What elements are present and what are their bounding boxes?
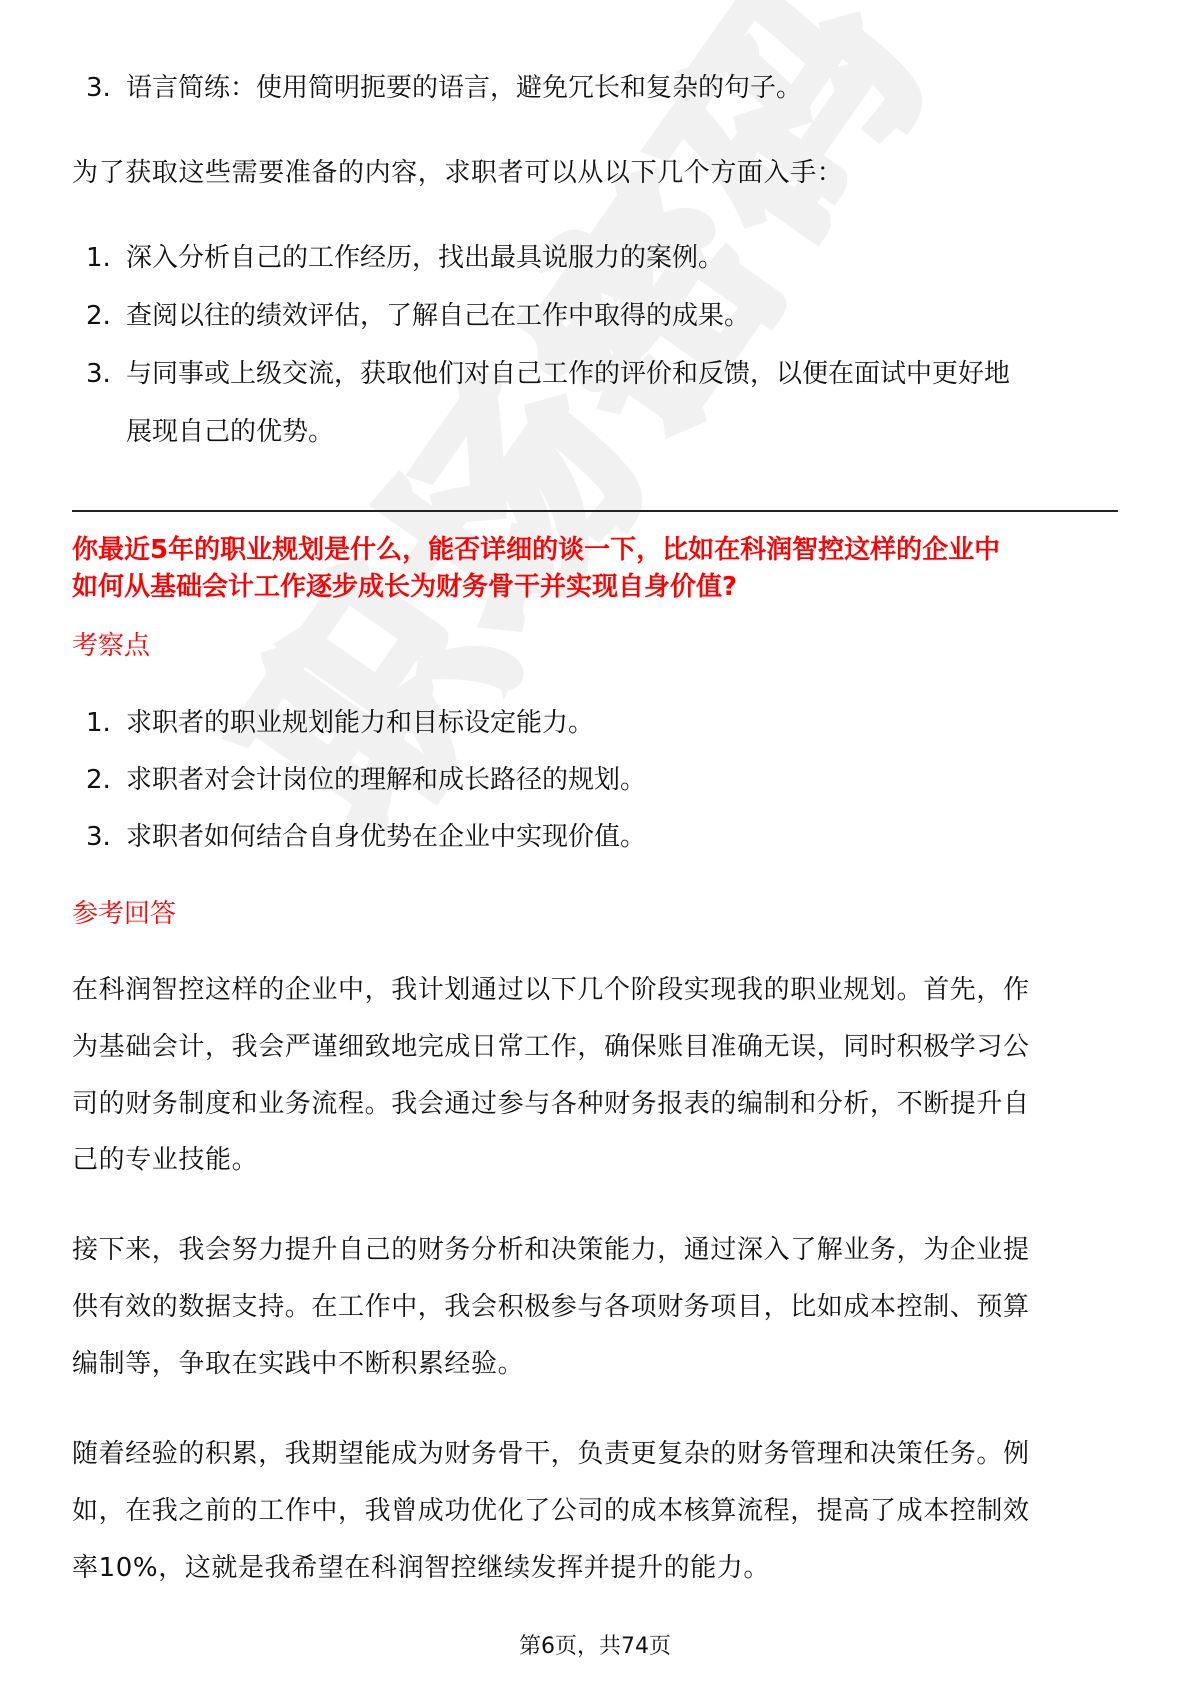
paragraph-line: 己的专业技能。 <box>72 1142 258 1178</box>
document-page: 职场密码 3. 语言简练：使用简明扼要的语言，避免冗长和复杂的句子。 为了获取这… <box>0 0 1190 1684</box>
list-item-text: 语言简练：使用简明扼要的语言，避免冗长和复杂的句子。 <box>126 70 802 106</box>
question-line-2: 如何从基础会计工作逐步成长为财务骨干并实现自身价值? <box>72 569 1118 606</box>
list-item-number: 2. <box>86 762 126 798</box>
paragraph-line: 随着经验的积累，我期望能成为财务骨干，负责更复杂的财务管理和决策任务。例 <box>72 1436 1030 1472</box>
list-item-number: 1. <box>86 705 126 741</box>
list-item-number: 1. <box>86 240 126 276</box>
list-item-text: 深入分析自己的工作经历，找出最具说服力的案例。 <box>126 240 724 276</box>
list-item-text: 与同事或上级交流，获取他们对自己工作的评价和反馈，以便在面试中更好地 <box>126 356 1010 392</box>
question-heading: 你最近5年的职业规划是什么，能否详细的谈一下，比如在科润智控这样的企业中 如何从… <box>72 532 1118 606</box>
paragraph-line: 为基础会计，我会严谨细致地完成日常工作，确保账目准确无误，同时积极学习公 <box>72 1029 1030 1065</box>
paragraph-line: 如，在我之前的工作中，我曾成功优化了公司的成本核算流程，提高了成本控制效 <box>72 1493 1030 1529</box>
list-item-number: 3. <box>86 70 126 106</box>
list-item-text: 查阅以往的绩效评估，了解自己在工作中取得的成果。 <box>126 298 750 334</box>
paragraph-line: 司的财务制度和业务流程。我会通过参与各种财务报表的编制和分析，不断提升自 <box>72 1086 1030 1122</box>
list-item-number: 2. <box>86 298 126 334</box>
paragraph-line: 接下来，我会努力提升自己的财务分析和决策能力，通过深入了解业务，为企业提 <box>72 1232 1030 1268</box>
question-line-1: 你最近5年的职业规划是什么，能否详细的谈一下，比如在科润智控这样的企业中 <box>72 532 1118 569</box>
page-number-footer: 第6页，共74页 <box>0 1632 1190 1662</box>
list-item-text: 求职者如何结合自身优势在企业中实现价值。 <box>126 819 646 855</box>
list-item-number: 3. <box>86 819 126 855</box>
section-divider <box>72 510 1118 512</box>
intro-paragraph: 为了获取这些需要准备的内容，求职者可以从以下几个方面入手： <box>72 155 843 191</box>
list-item-number: 3. <box>86 356 126 392</box>
assessment-title: 考察点 <box>72 628 150 664</box>
list-item-text: 展现自己的优势。 <box>126 414 334 450</box>
list-item-text: 求职者对会计岗位的理解和成长路径的规划。 <box>126 762 646 798</box>
paragraph-line: 编制等，争取在实践中不断积累经验。 <box>72 1346 524 1382</box>
reference-answer-title: 参考回答 <box>72 896 176 932</box>
paragraph-line: 供有效的数据支持。在工作中，我会积极参与各项财务项目，比如成本控制、预算 <box>72 1289 1030 1325</box>
paragraph-line: 在科润智控这样的企业中，我计划通过以下几个阶段实现我的职业规划。首先，作 <box>72 972 1030 1008</box>
paragraph-line: 率10%，这就是我希望在科润智控继续发挥并提升的能力。 <box>72 1550 770 1586</box>
list-item-text: 求职者的职业规划能力和目标设定能力。 <box>126 705 594 741</box>
